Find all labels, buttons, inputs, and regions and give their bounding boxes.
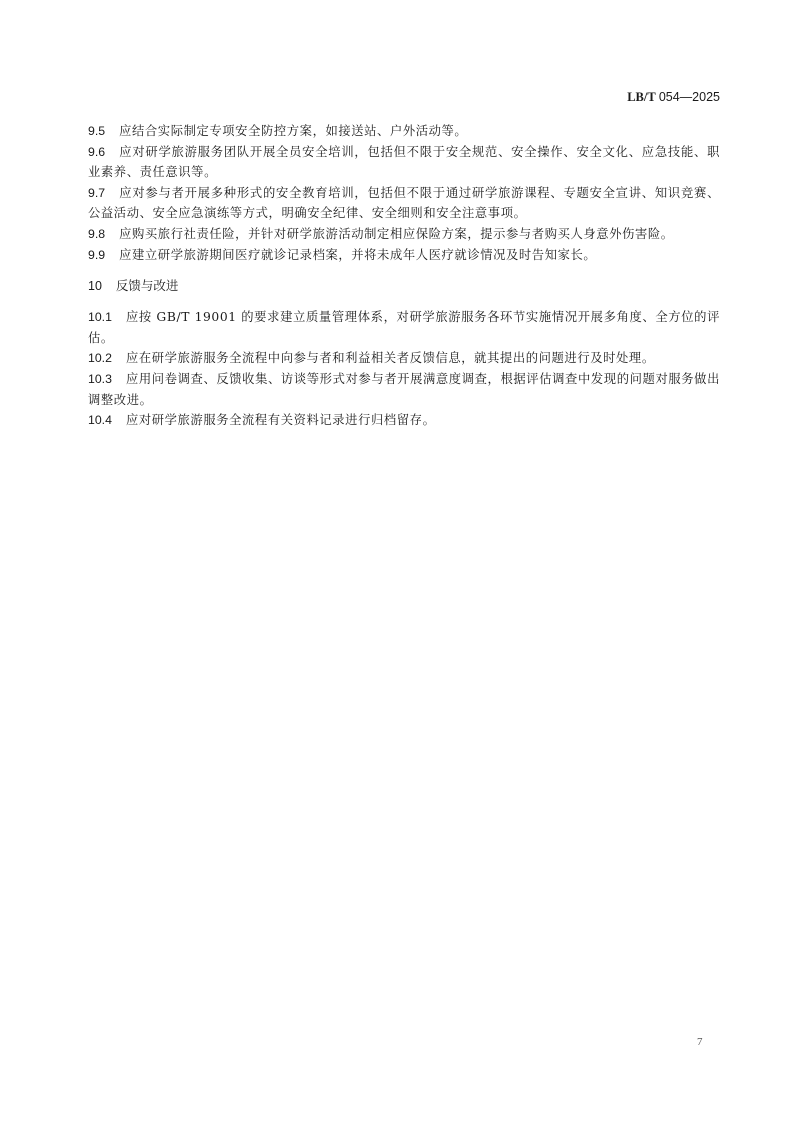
- clause-9-7: 9.7应对参与者开展多种形式的安全教育培训，包括但不限于通过研学旅游课程、专题安…: [88, 183, 720, 224]
- clause-number: 10.2: [88, 351, 112, 365]
- clause-number: 9.5: [88, 124, 105, 138]
- clause-9-9: 9.9应建立研学旅游期间医疗就诊记录档案，并将未成年人医疗就诊情况及时告知家长。: [88, 245, 720, 266]
- page-number: 7: [697, 1036, 703, 1048]
- clause-10-1: 10.1应按 GB/T 19001 的要求建立质量管理体系，对研学旅游服务各环节…: [88, 307, 720, 348]
- clause-number: 9.6: [88, 145, 105, 159]
- clause-text: 应对研学旅游服务全流程有关资料记录进行归档留存。: [126, 413, 436, 427]
- clause-10-3: 10.3应用问卷调查、反馈收集、访谈等形式对参与者开展满意度调查，根据评估调查中…: [88, 369, 720, 410]
- clause-text: 应按 GB/T 19001 的要求建立质量管理体系，对研学旅游服务各环节实施情况…: [88, 310, 720, 345]
- standard-prefix: LB/T: [627, 90, 656, 104]
- clause-number: 10.1: [88, 310, 112, 324]
- section-number: 10: [88, 279, 102, 293]
- clause-number: 9.7: [88, 186, 105, 200]
- clause-9-6: 9.6应对研学旅游服务团队开展全员安全培训，包括但不限于安全规范、安全操作、安全…: [88, 142, 720, 183]
- clause-text: 应对研学旅游服务团队开展全员安全培训，包括但不限于安全规范、安全操作、安全文化、…: [88, 145, 720, 180]
- standard-number: 054—2025: [659, 90, 720, 104]
- clause-text: 应对参与者开展多种形式的安全教育培训，包括但不限于通过研学旅游课程、专题安全宣讲…: [88, 186, 720, 221]
- clause-text: 应建立研学旅游期间医疗就诊记录档案，并将未成年人医疗就诊情况及时告知家长。: [119, 248, 596, 262]
- clause-9-8: 9.8应购买旅行社责任险，并针对研学旅游活动制定相应保险方案，提示参与者购买人身…: [88, 224, 720, 245]
- standard-code: LB/T 054—2025: [627, 90, 720, 105]
- clause-text: 应用问卷调查、反馈收集、访谈等形式对参与者开展满意度调查，根据评估调查中发现的问…: [88, 372, 720, 407]
- clause-9-5: 9.5应结合实际制定专项安全防控方案，如接送站、户外活动等。: [88, 121, 720, 142]
- clause-number: 10.4: [88, 413, 112, 427]
- clause-number: 10.3: [88, 372, 112, 386]
- clause-text: 应在研学旅游服务全流程中向参与者和利益相关者反馈信息，就其提出的问题进行及时处理…: [126, 351, 655, 365]
- clause-number: 9.8: [88, 227, 105, 241]
- section-title: 反馈与改进: [116, 278, 179, 293]
- section-heading-10: 10反馈与改进: [88, 276, 720, 296]
- clause-10-2: 10.2应在研学旅游服务全流程中向参与者和利益相关者反馈信息，就其提出的问题进行…: [88, 348, 720, 369]
- clause-text: 应购买旅行社责任险，并针对研学旅游活动制定相应保险方案，提示参与者购买人身意外伤…: [119, 227, 674, 241]
- document-body: 9.5应结合实际制定专项安全防控方案，如接送站、户外活动等。 9.6应对研学旅游…: [88, 121, 720, 431]
- clause-number: 9.9: [88, 248, 105, 262]
- clause-text: 应结合实际制定专项安全防控方案，如接送站、户外活动等。: [119, 124, 467, 138]
- clause-10-4: 10.4应对研学旅游服务全流程有关资料记录进行归档留存。: [88, 410, 720, 431]
